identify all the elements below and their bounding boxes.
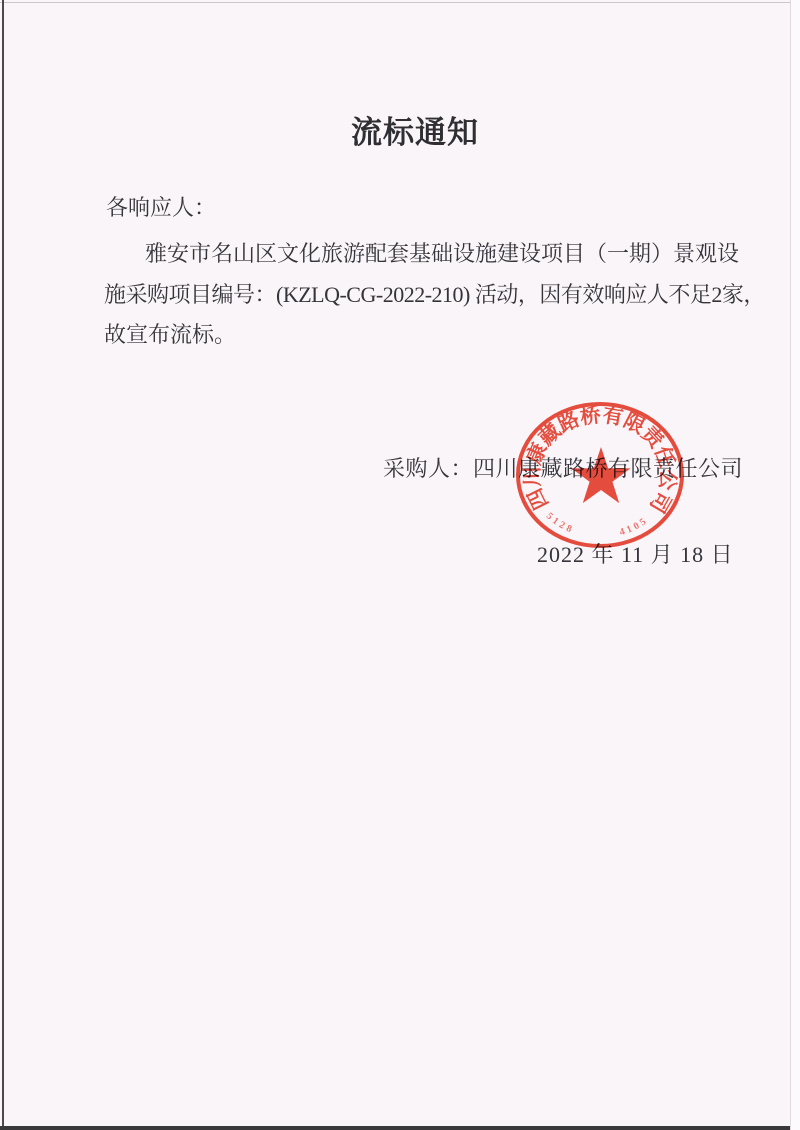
page-edge-right <box>790 0 800 1130</box>
body-line-3: 故宣布流标。 <box>104 322 236 348</box>
page-edge-top <box>0 2 800 3</box>
svg-text:4105: 4105 <box>618 515 651 539</box>
svg-text:5128: 5128 <box>544 511 576 537</box>
salutation-line: 各响应人： <box>106 195 216 221</box>
page-edge-left <box>2 0 4 1130</box>
page-edge-bottom <box>0 1126 800 1130</box>
purchaser-line: 采购人：四川康藏路桥有限责任公司 <box>383 456 743 482</box>
scanned-document-page: 流标通知 各响应人： 雅安市名山区文化旅游配套基础设施建设项目（一期）景观设 施… <box>0 0 800 1130</box>
body-line-1: 雅安市名山区文化旅游配套基础设施建设项目（一期）景观设 <box>145 241 739 267</box>
seal-code-left: 5128 <box>544 511 576 537</box>
document-title: 流标通知 <box>0 107 800 152</box>
seal-code-right: 4105 <box>618 515 651 539</box>
body-line-2: 施采购项目编号：(KZLQ-CG-2022-210) 活动，因有效响应人不足2家… <box>104 282 765 308</box>
date-line: 2022 年 11 月 18 日 <box>537 542 734 568</box>
